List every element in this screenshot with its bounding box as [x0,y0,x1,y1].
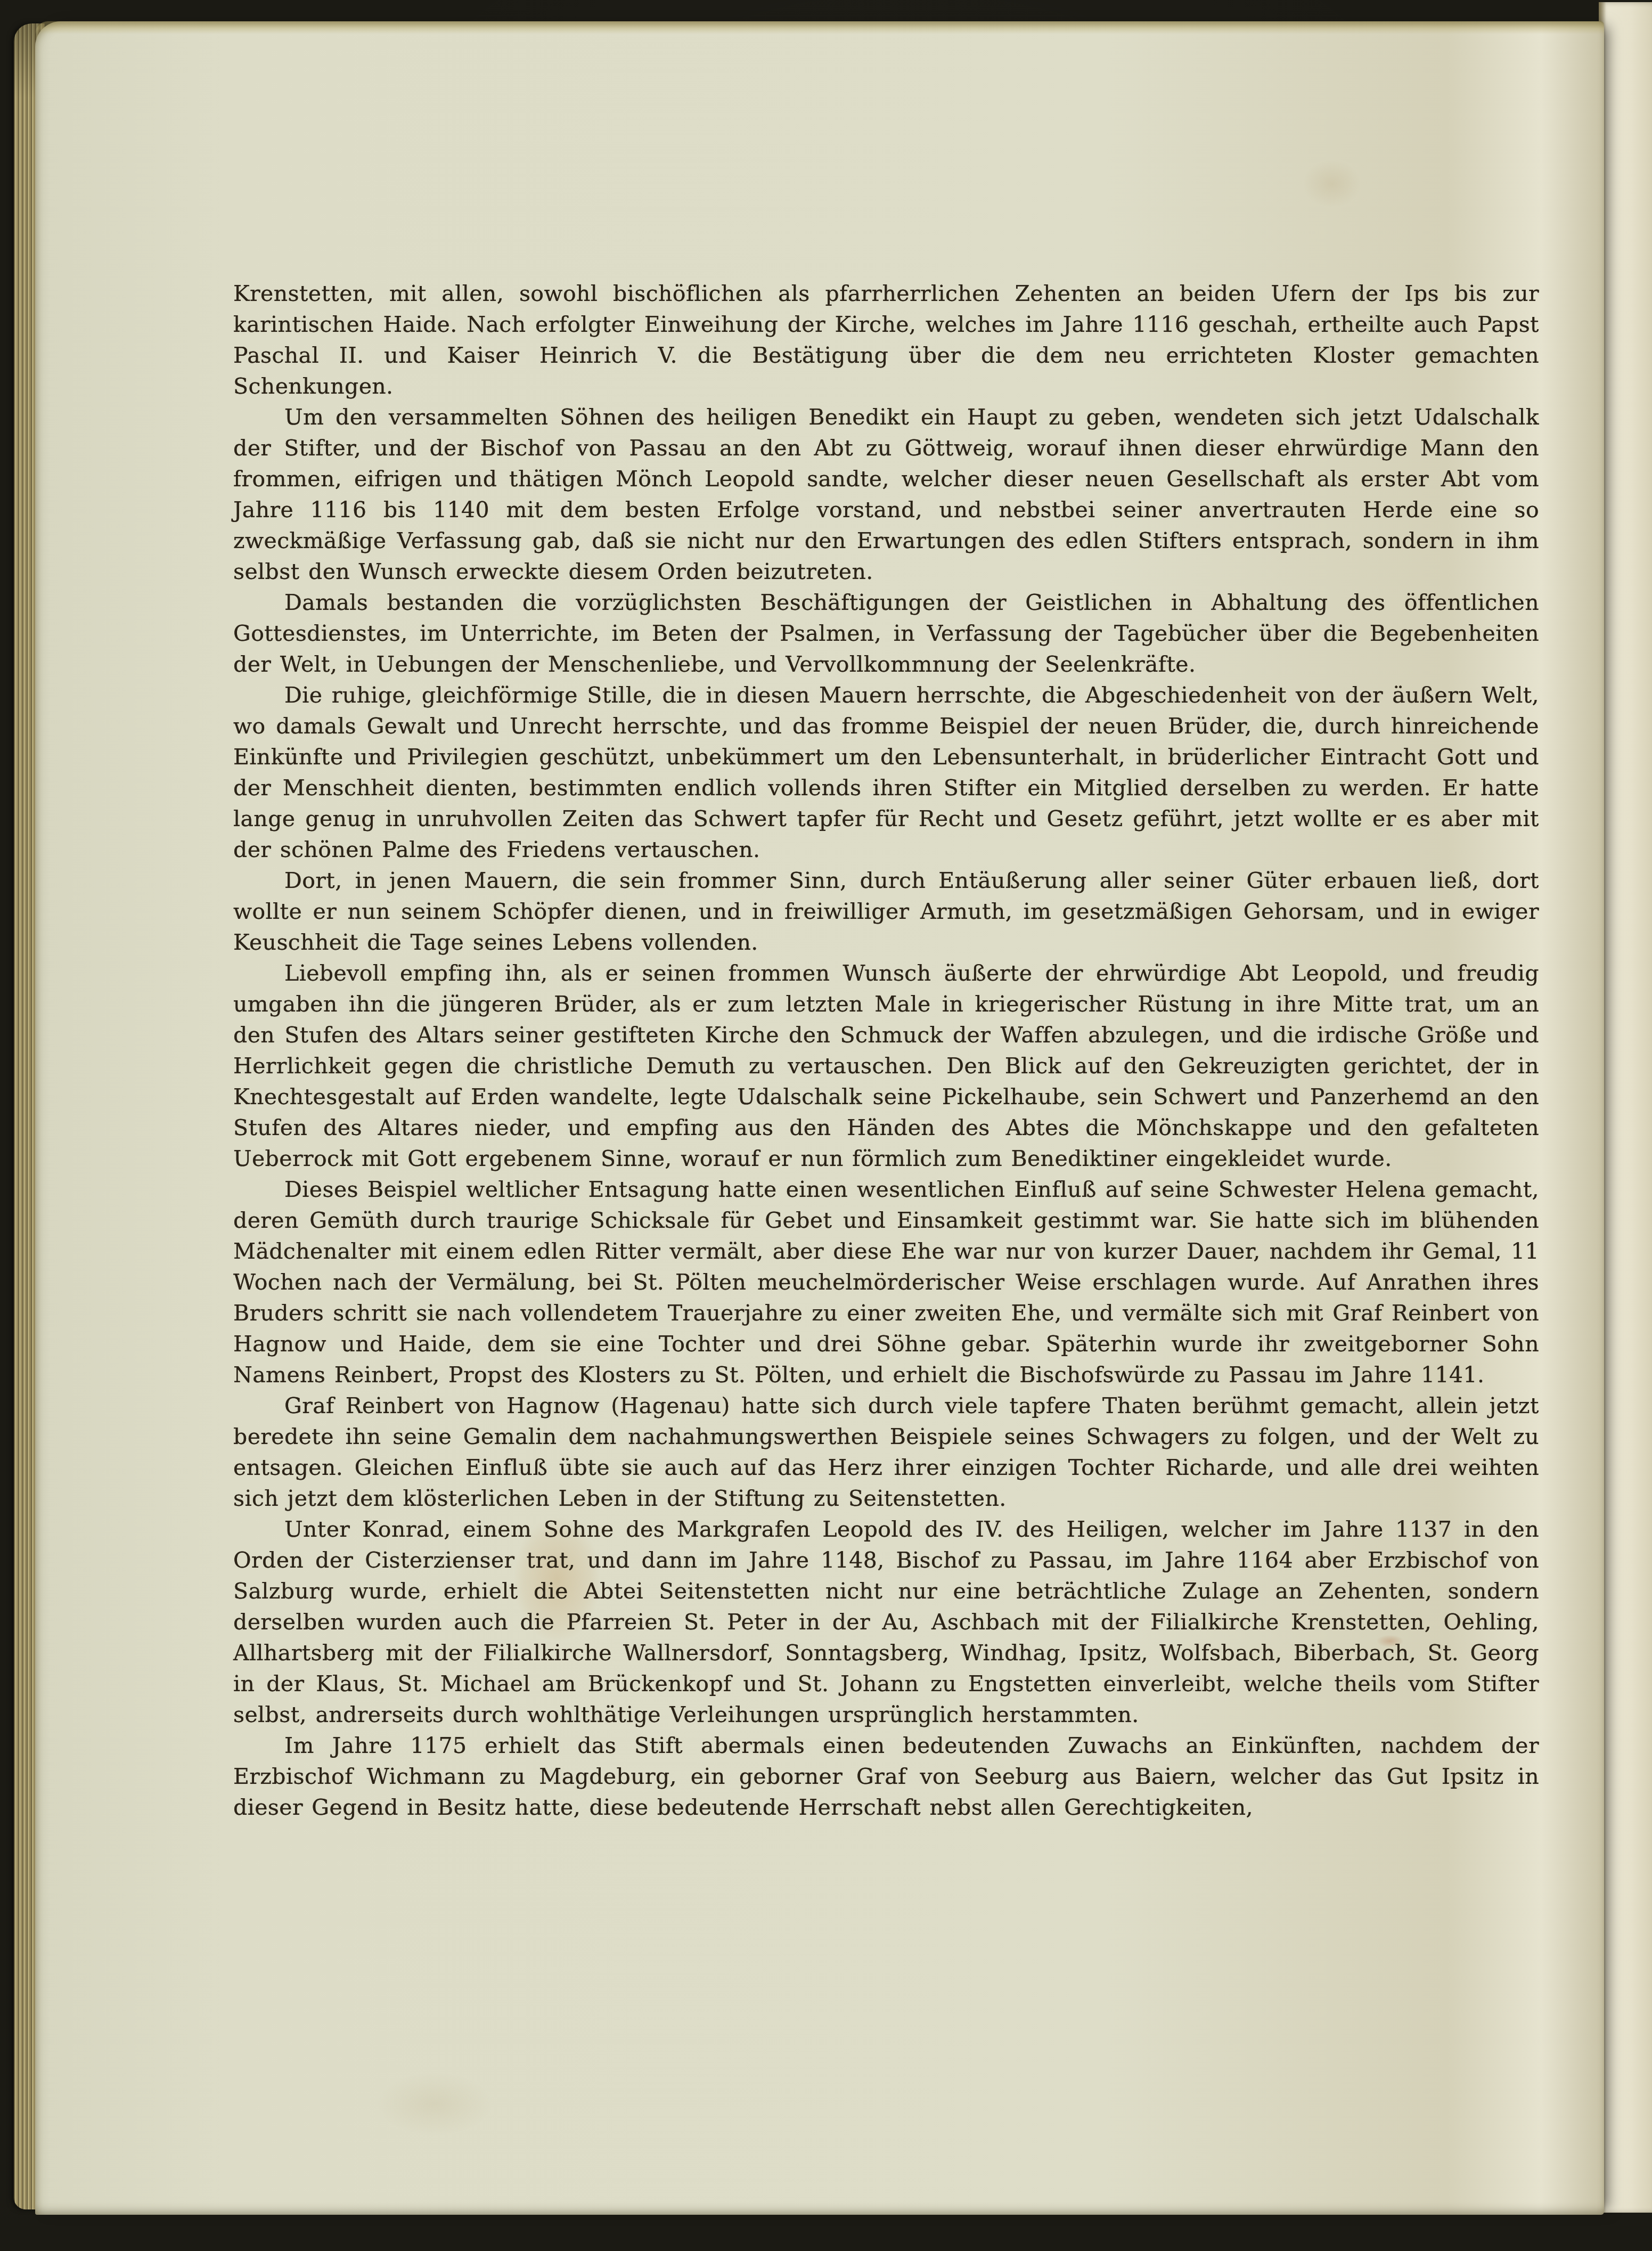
paragraph: Graf Reinbert von Hagnow (Hagenau) hatte… [233,1390,1539,1514]
page-top-edge [35,21,1604,34]
paragraph: Dieses Beispiel weltlicher Entsagung hat… [233,1174,1539,1390]
paragraph: Die ruhige, gleichförmige Stille, die in… [233,680,1539,865]
book-page: Krenstetten, mit allen, sowohl bischöfli… [35,21,1604,2215]
adjacent-page-edge [1599,2,1652,2213]
paragraph: Unter Konrad, einem Sohne des Markgrafen… [233,1514,1539,1730]
paragraph: Krenstetten, mit allen, sowohl bischöfli… [233,278,1539,402]
paragraph: Liebevoll empfing ihn, als er seinen fro… [233,958,1539,1174]
paragraph: Damals bestanden die vorzüglichsten Besc… [233,587,1539,680]
paragraph: Im Jahre 1175 erhielt das Stift abermals… [233,1730,1539,1823]
page-text: Krenstetten, mit allen, sowohl bischöfli… [233,278,1539,1823]
book-scan: Krenstetten, mit allen, sowohl bischöfli… [0,0,1652,2251]
paragraph: Dort, in jenen Mauern, die sein frommer … [233,865,1539,958]
paper-stain [376,2072,493,2136]
paper-stain [1303,160,1361,208]
paragraph: Um den versammelten Söhnen des heiligen … [233,402,1539,587]
